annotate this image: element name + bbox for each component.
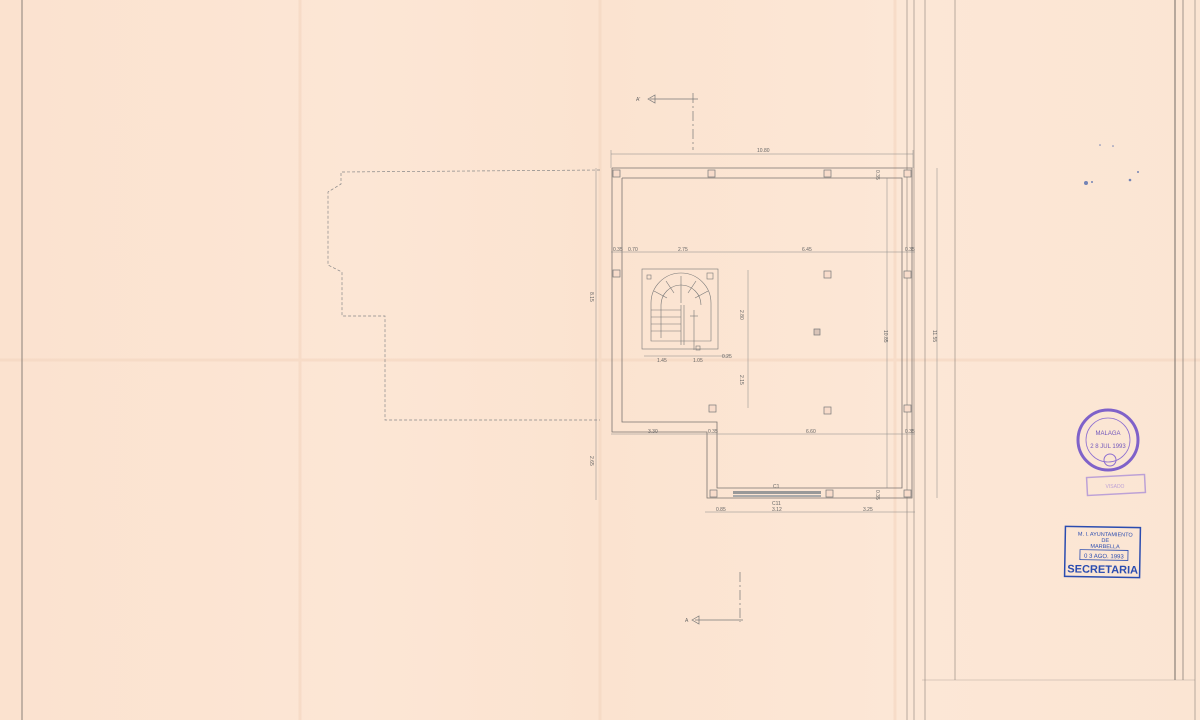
section-marker-top [648,93,698,150]
dim-stair-a: 1.45 [657,358,667,364]
dim-overall-height: 11.55 [931,330,937,342]
dim-mid-3: 6.60 [806,429,816,435]
dim-stair-lower: 2.15 [738,375,744,385]
dim-mid-4: 0.35 [905,429,915,435]
section-marker-bottom [692,572,743,624]
building-walls [612,168,912,498]
window-label-c1: C1 [773,484,780,490]
dim-top-5: 0.35 [905,247,915,253]
dim-bottom-2: 3.12 [772,507,782,513]
stamp-secretaria-title: SECRETARIA [1067,563,1138,576]
floor-plan-drawing: A' A [0,0,1200,720]
dim-stair-height: 2.80 [738,310,744,320]
dim-bottom-3: 3.25 [863,507,873,513]
columns [613,170,911,497]
dim-top-1: 0.35 [613,247,623,253]
section-label-top: A' [636,97,640,103]
stamp-circle-date: 2 8 JUL 1993 [1090,444,1126,450]
dim-wall-top: 0.35 [874,170,880,180]
section-label-bottom: A [685,618,689,624]
dim-wall-bottom: 0.35 [874,490,880,500]
stamp-circle: MALAGA 2 8 JUL 1993 [1078,410,1138,470]
window-c1 [733,491,821,497]
dim-top-3: 2.75 [678,247,688,253]
stamp-secretaria-date: 0 3 AGO. 1993 [1084,554,1124,561]
dim-overall-width: 10.80 [757,148,770,154]
plan-sheet: A' A [0,0,1200,720]
dim-top-2: 0.70 [628,247,638,253]
staircase [642,269,718,350]
adjacent-footprint-dashed [328,170,600,420]
dim-top-4: 6.45 [802,247,812,253]
paper-folds [0,0,1200,720]
stamp-circle-city: MALAGA [1095,431,1120,437]
dim-mid-1: 3.30 [648,429,658,435]
stamp-secretaria-line3: MARBELLA [1090,544,1120,551]
dim-left-height: 8.15 [588,292,594,302]
dim-mid-2: 0.35 [708,429,718,435]
stamp-rect-text: VISADO [1106,484,1125,490]
ink-specks [1084,144,1139,185]
dim-lower-left: 2.65 [588,456,594,466]
dim-stair-gap: 0.25 [722,354,732,360]
dim-bottom-1: 0.85 [716,507,726,513]
dim-inner-height: 10.85 [882,330,888,343]
stamp-rect-faint: VISADO [1087,474,1146,495]
dim-stair-b: 1.05 [693,358,703,364]
stamp-secretaria: M. I. AYUNTAMIENTO DE MARBELLA 0 3 AGO. … [1065,526,1141,577]
